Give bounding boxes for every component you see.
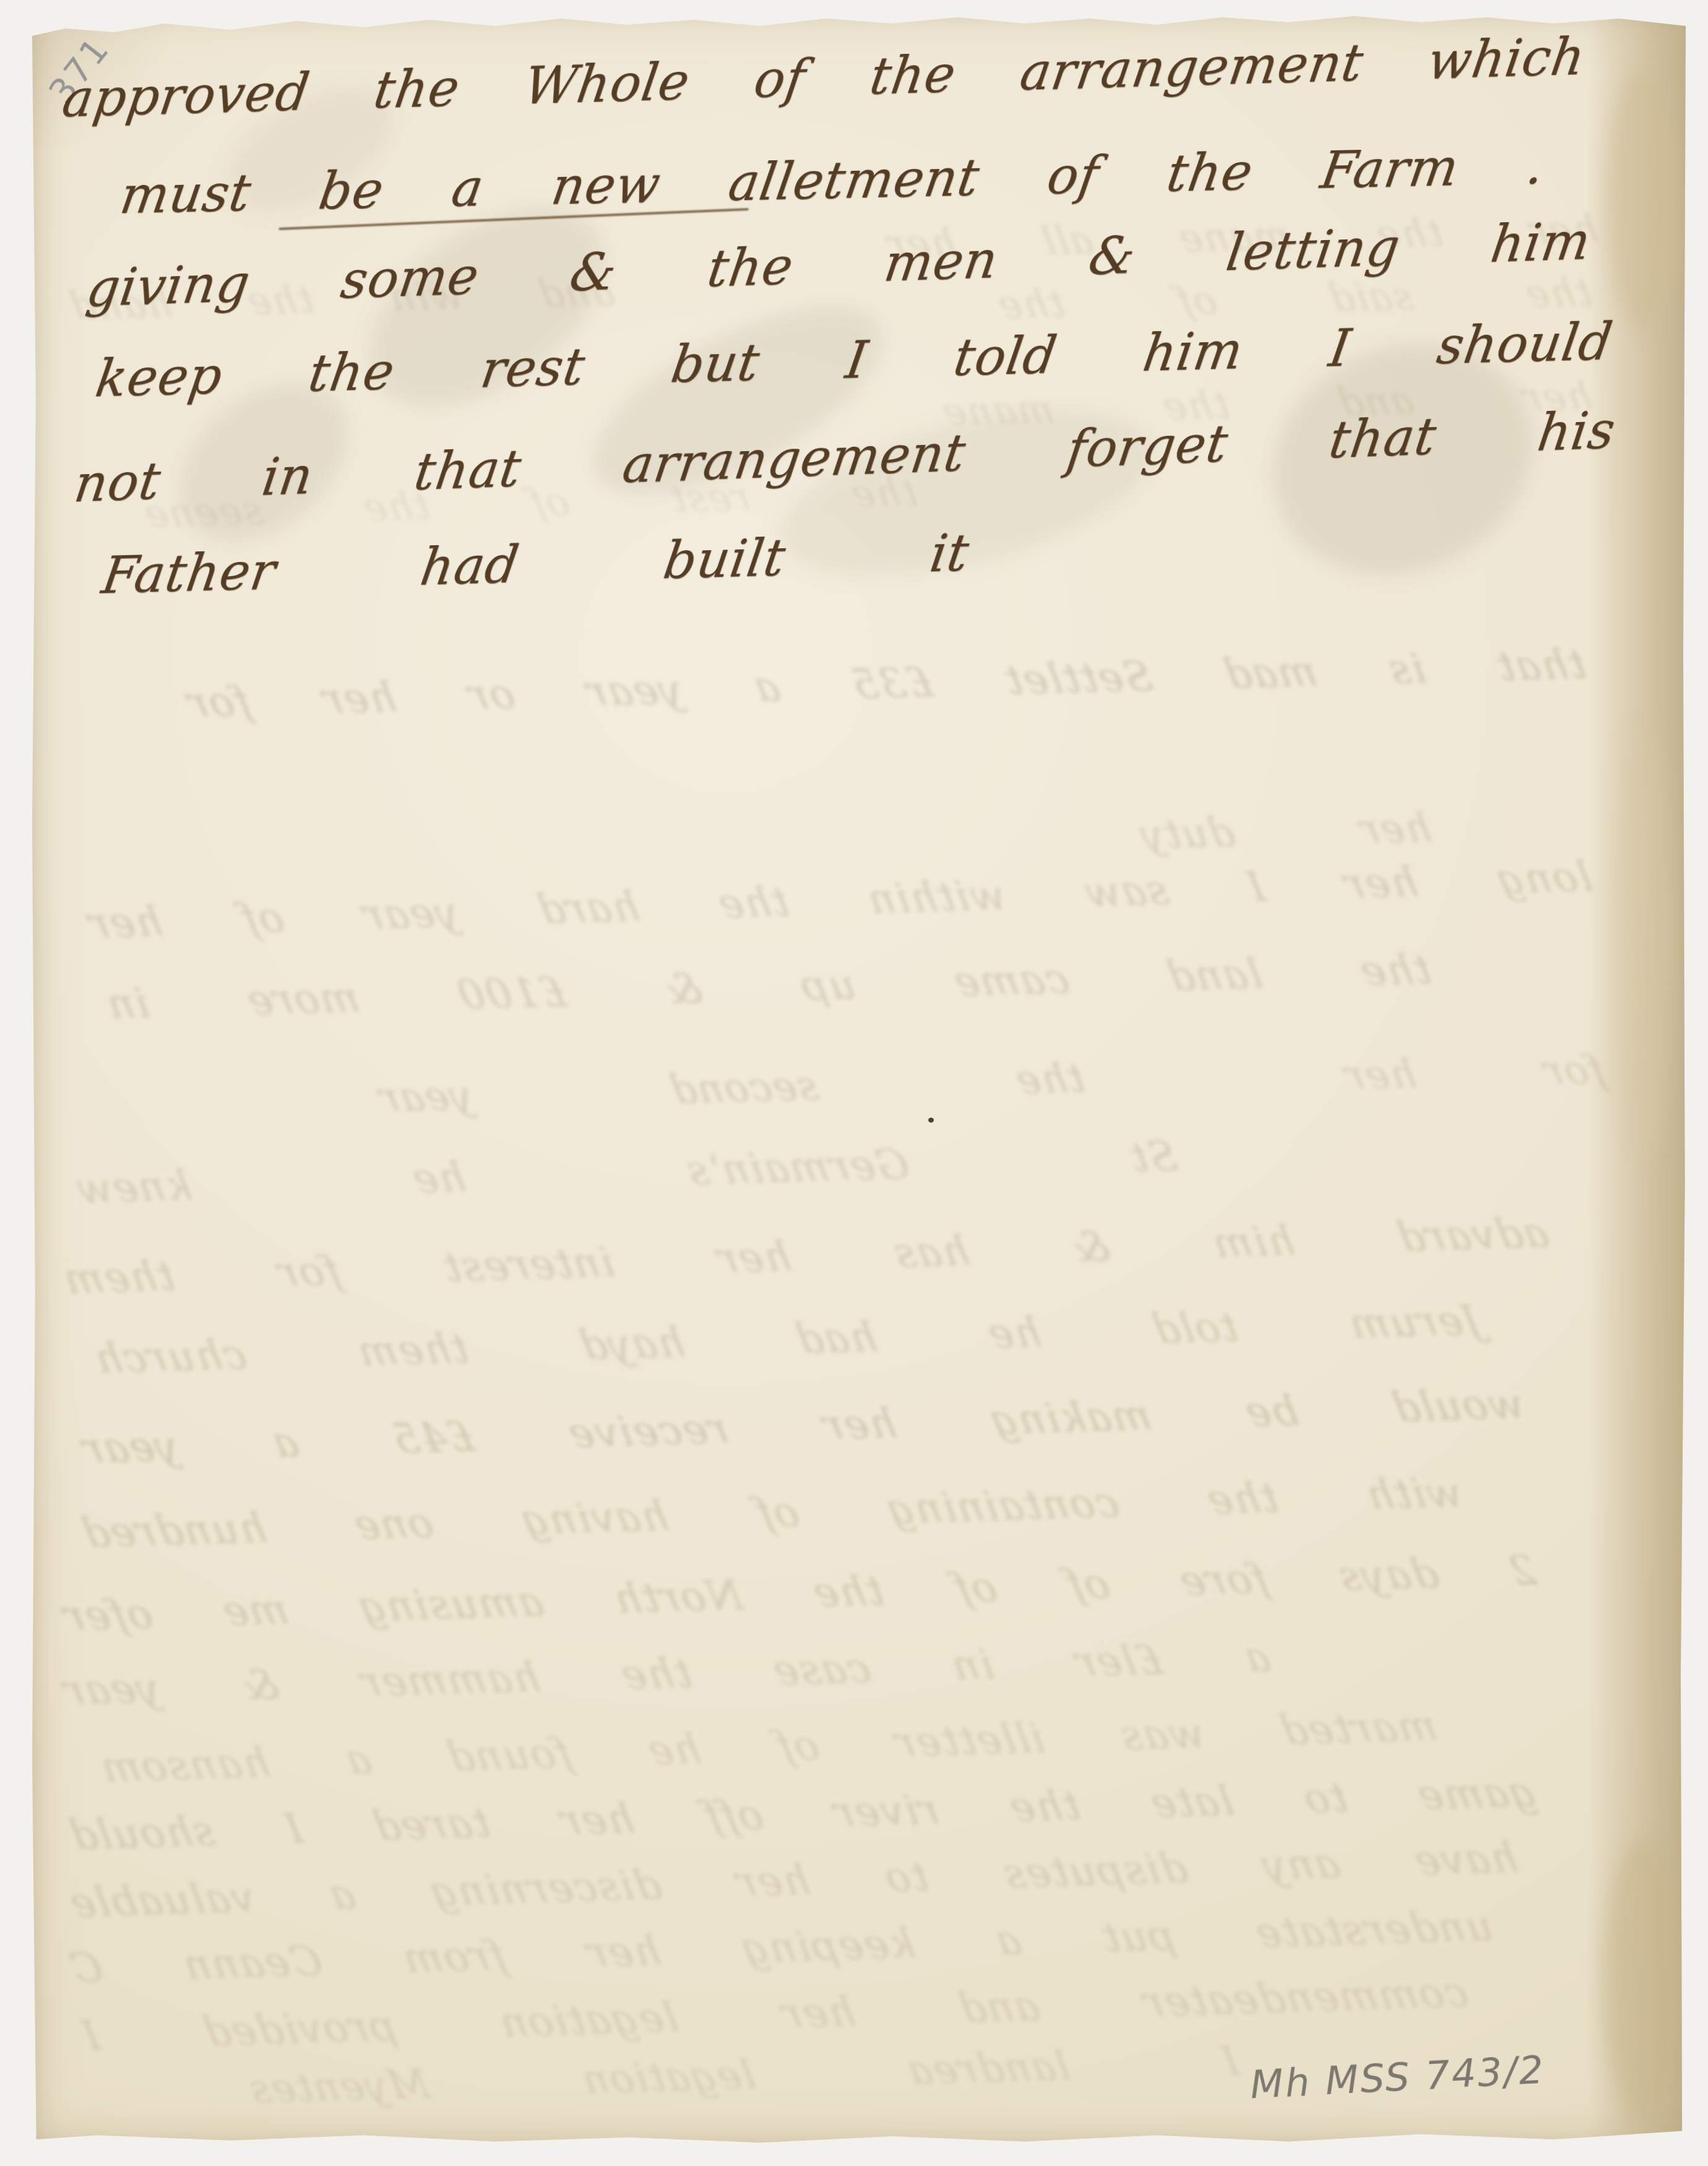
paper-stain [1618, 725, 1673, 1159]
show-through-line: the land came up & £100 more in [103, 949, 1435, 1025]
show-through-line: St Germain's he knew [72, 1136, 1181, 1209]
show-through-line: the second year [375, 1059, 1089, 1118]
show-through-line: for her [1340, 1050, 1608, 1096]
ink-speck [928, 1118, 934, 1123]
show-through-line: Jerum told he had hayd them church [90, 1300, 1485, 1379]
show-through-line: I landrea legation Myentes [245, 2042, 1243, 2109]
show-through-line: that is mad Settlet £35 a year or her fo… [183, 644, 1590, 724]
show-through-line: long her I saw within the hard year of h… [84, 856, 1596, 944]
show-through-line: would be making her receive £45 a year [78, 1384, 1528, 1470]
scan-background: her the mane all herand win the handthe … [0, 0, 1708, 2166]
show-through-line: her duty [1136, 808, 1435, 855]
paper-stain [1607, 69, 1681, 329]
show-through-line: marted was illetter of he found a hansom [97, 1706, 1441, 1788]
letter-page: her the mane all herand win the handthe … [32, 14, 1686, 2144]
show-through-line: with the containing of having one hundre… [78, 1472, 1466, 1554]
show-through-line: advard him & has her interest for them [59, 1213, 1553, 1300]
paper-stain [1603, 1839, 1683, 2124]
show-through-line: a £ler in case the hammer & year [59, 1637, 1274, 1711]
show-through-line: 2 days fore of of the North amusing me o… [59, 1550, 1540, 1637]
